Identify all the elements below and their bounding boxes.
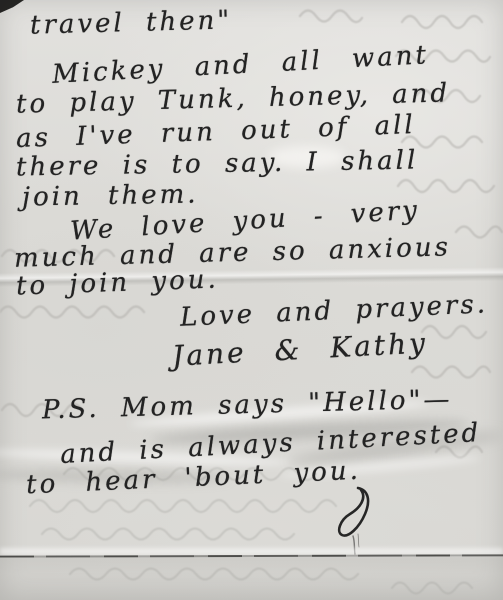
handwritten-line: travel then" xyxy=(30,5,233,40)
handwritten-line: join them. xyxy=(22,179,199,212)
below-fold-strip xyxy=(0,557,503,600)
letter-page: travel then" Mickey and all want to play… xyxy=(0,0,503,600)
